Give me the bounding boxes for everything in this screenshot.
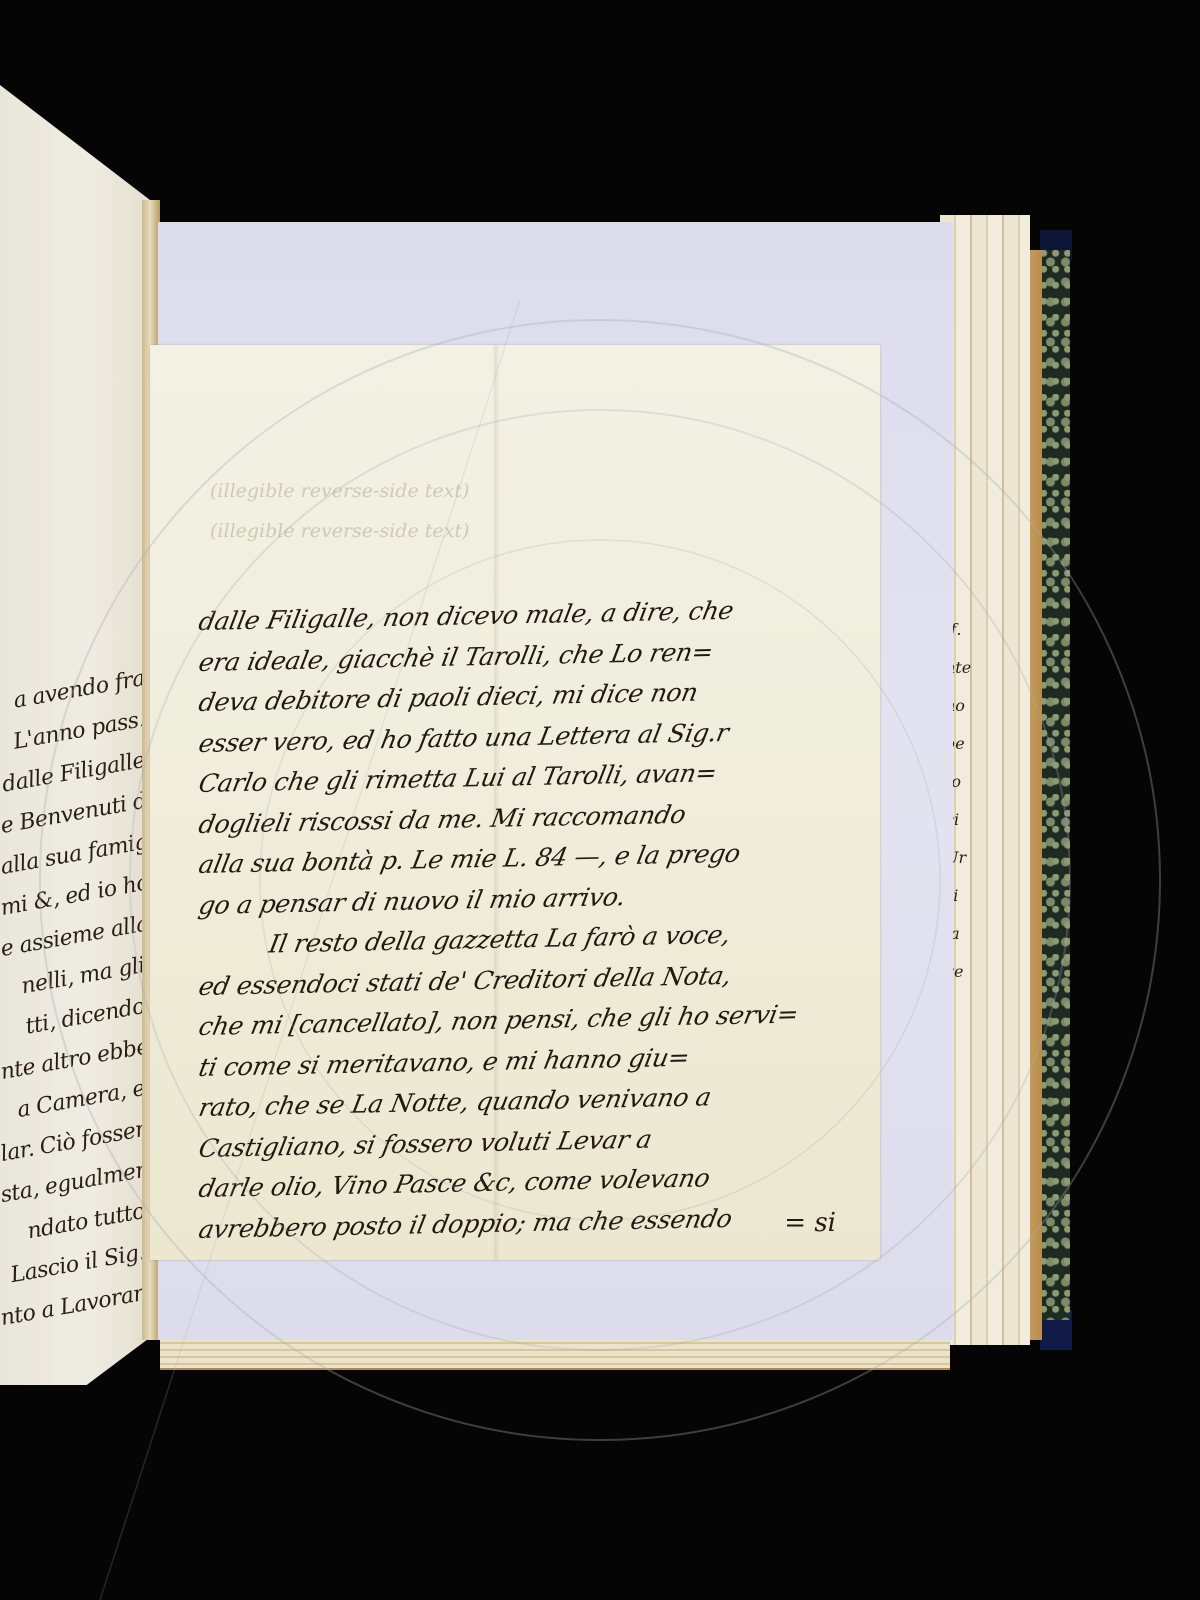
left-page-text: a avendo fra L'anno pass. dalle Filigall… (0, 665, 150, 1321)
margin-fragment: ve (945, 962, 1025, 1000)
right-margin-text: ff. nte no be to ci Ur si la ve (945, 620, 1025, 1000)
bleed-line: (illegible reverse-side text) (210, 480, 770, 520)
bleed-line: (illegible reverse-side text) (210, 520, 770, 560)
margin-fragment: nte (945, 658, 1025, 696)
margin-fragment: si (945, 886, 1025, 924)
margin-fragment: ci (945, 810, 1025, 848)
manuscript-photo: a avendo fra L'anno pass. dalle Filigall… (0, 0, 1200, 1600)
margin-fragment: be (945, 734, 1025, 772)
margin-fragment: to (945, 772, 1025, 810)
marbled-cover (1040, 250, 1070, 1320)
margin-fragment: Ur (945, 848, 1025, 886)
letter-body: dalle Filigalle, non dicevo male, a dire… (198, 607, 858, 1255)
manuscript-letter: (illegible reverse-side text) (illegible… (150, 345, 880, 1260)
margin-fragment: ff. (945, 620, 1025, 658)
catchword: = si (784, 1208, 836, 1238)
margin-fragment: no (945, 696, 1025, 734)
left-facing-page: a avendo fra L'anno pass. dalle Filigall… (0, 85, 150, 1385)
bleed-through-text: (illegible reverse-side text) (illegible… (210, 480, 770, 560)
cover-board-edge (1028, 250, 1042, 1340)
margin-fragment: la (945, 924, 1025, 962)
